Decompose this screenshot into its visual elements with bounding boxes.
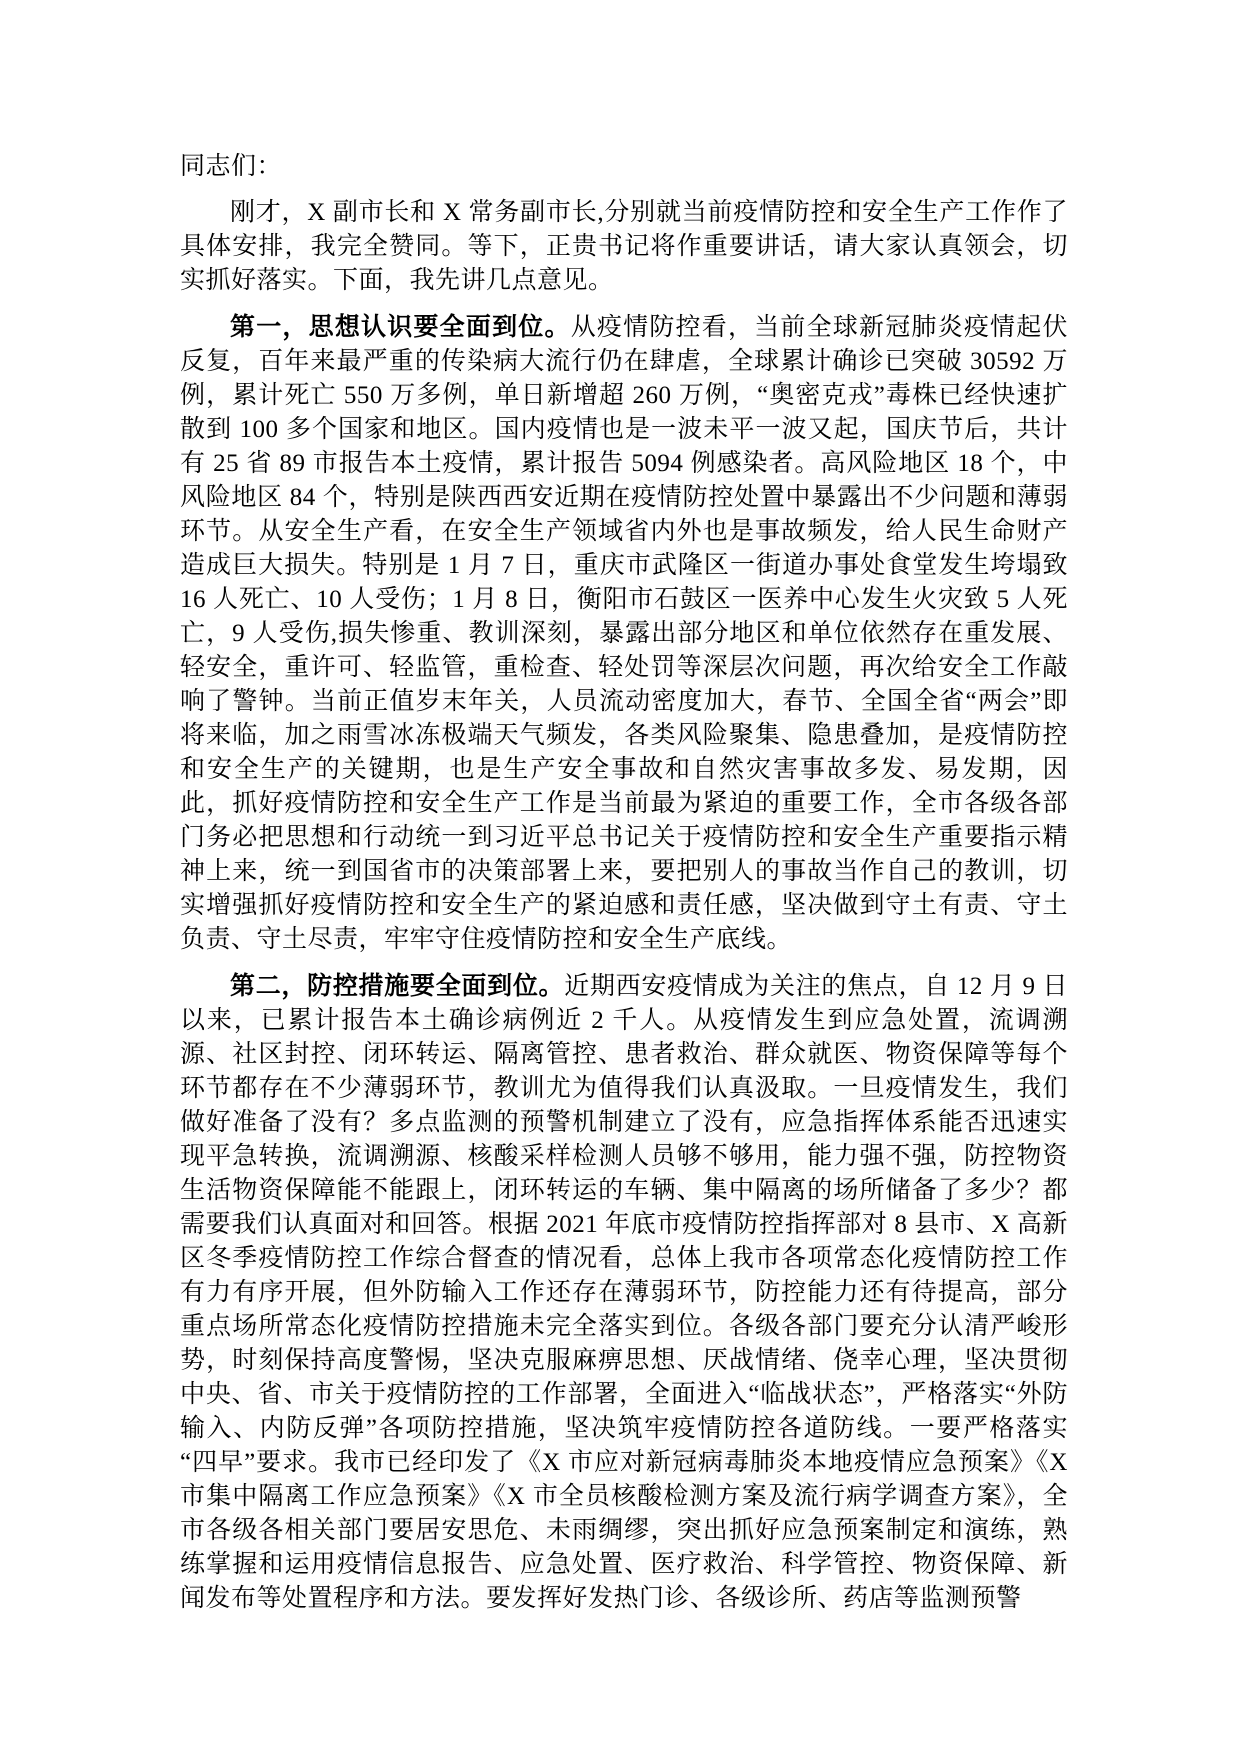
paragraph-text: 刚才，X 副市长和 X 常务副市长,分别就当前疫情防控和安全生产工作作了具体安排…	[180, 199, 1068, 294]
intro-paragraph: 刚才，X 副市长和 X 常务副市长,分别就当前疫情防控和安全生产工作作了具体安排…	[180, 196, 1068, 298]
section-1-paragraph: 第一，思想认识要全面到位。从疫情防控看，当前全球新冠肺炎疫情起伏反复，百年来最严…	[180, 310, 1068, 957]
salutation: 同志们：	[180, 150, 1068, 184]
paragraph-text: 从疫情防控看，当前全球新冠肺炎疫情起伏反复，百年来最严重的传染病大流行仍在肆虐，…	[180, 314, 1068, 953]
section-2-paragraph: 第二，防控措施要全面到位。近期西安疫情成为关注的焦点，自 12 月 9 日以来，…	[180, 969, 1068, 1616]
document-page: 同志们： 刚才，X 副市长和 X 常务副市长,分别就当前疫情防控和安全生产工作作…	[0, 0, 1240, 1754]
paragraph-text: 近期西安疫情成为关注的焦点，自 12 月 9 日以来，已累计报告本土确诊病例近 …	[180, 973, 1068, 1612]
section-1-heading: 第一，思想认识要全面到位。	[230, 313, 571, 341]
section-2-heading: 第二，防控措施要全面到位。	[230, 972, 564, 1000]
